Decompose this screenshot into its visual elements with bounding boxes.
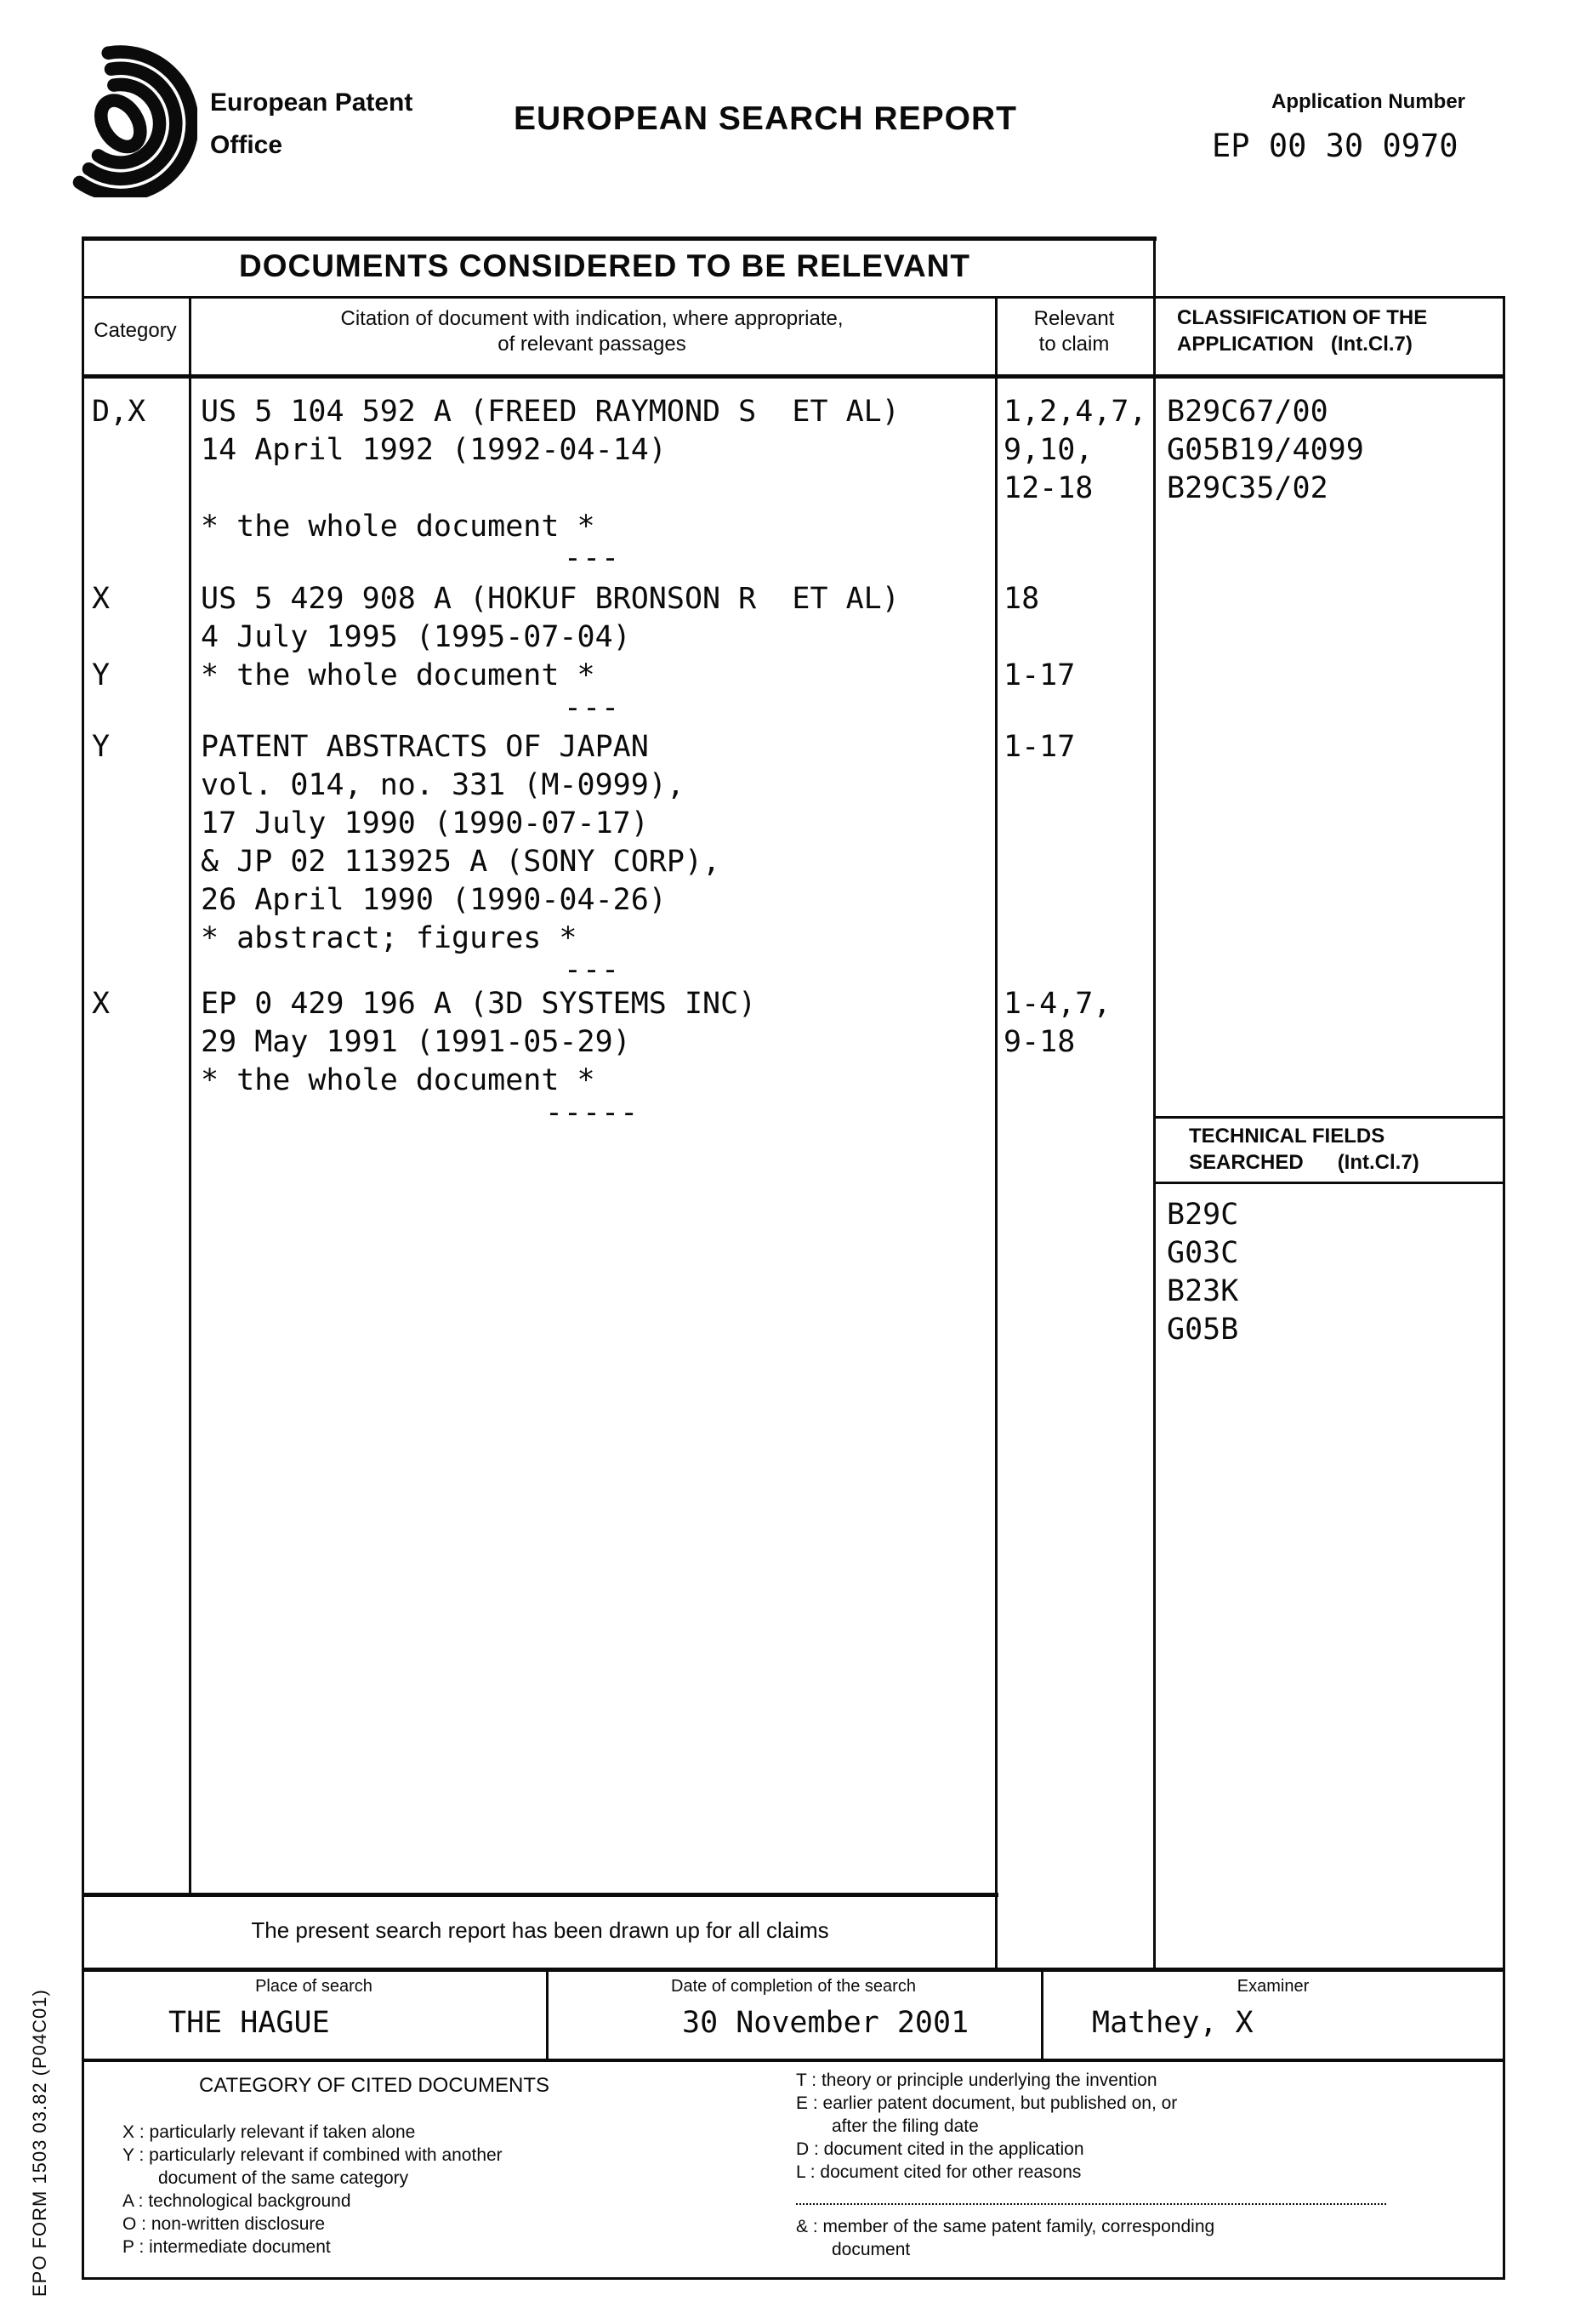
citation-category (82, 1062, 189, 1100)
citation-category (82, 431, 189, 470)
technical-field-code: G03C (1167, 1234, 1238, 1273)
citation-text: 26 April 1990 (1990-04-26) (189, 881, 995, 920)
classification-code: B29C67/00 (1167, 393, 1364, 431)
technical-fields-label-line1: TECHNICAL FIELDS (1189, 1123, 1419, 1149)
classification-code: B29C35/02 (1167, 470, 1364, 508)
citation-line: XEP 0 429 196 A (3D SYSTEMS INC)1-4,7, (82, 985, 1157, 1023)
search-report-page: European Patent Office EUROPEAN SEARCH R… (0, 0, 1592, 2324)
legend-line: & : member of the same patent family, co… (796, 2215, 1214, 2238)
form-id: EPO FORM 1503 03.82 (P04C01) (29, 1922, 51, 2297)
legend-line: after the filing date (796, 2115, 1177, 2138)
classification-code: G05B19/4099 (1167, 431, 1364, 470)
citation-line: 29 May 1991 (1991-05-29)9-18 (82, 1023, 1157, 1062)
legend-line: P : intermediate document (122, 2236, 503, 2258)
citation-category (82, 766, 189, 805)
citation-line: 14 April 1992 (1992-04-14)9,10, (82, 431, 1157, 470)
citation-text: * the whole document * (189, 1062, 995, 1100)
date-of-completion-value: 30 November 2001 (682, 2006, 969, 2040)
legend-line: O : non-written disclosure (122, 2213, 503, 2236)
technical-fields-codes: B29CG03CB23KG05B (1167, 1196, 1238, 1349)
citation-category: Y (82, 657, 189, 695)
entry-separator: --- (189, 953, 995, 987)
citation-category: X (82, 985, 189, 1023)
relevant-claims: 1-4,7, (995, 985, 1157, 1023)
citation-category: X (82, 580, 189, 618)
legend-right-column: T : theory or principle underlying the i… (796, 2069, 1177, 2184)
citation-text: * the whole document * (189, 657, 995, 695)
relevant-claims (995, 508, 1157, 546)
technical-field-code: B29C (1167, 1196, 1238, 1234)
citation-text: PATENT ABSTRACTS OF JAPAN (189, 728, 995, 766)
relevant-claims (995, 766, 1157, 805)
relevant-claims: 1,2,4,7, (995, 393, 1157, 431)
citation-category (82, 805, 189, 843)
citation-line: 26 April 1990 (1990-04-26) (82, 881, 1157, 920)
technical-field-code: G05B (1167, 1311, 1238, 1349)
citation-text (189, 470, 995, 508)
place-of-search-value: THE HAGUE (168, 2006, 330, 2040)
legend-line: Y : particularly relevant if combined wi… (122, 2144, 503, 2167)
citation-category (82, 1023, 189, 1062)
citation-line: 12-18 (82, 470, 1157, 508)
legend-line: document (796, 2238, 1214, 2261)
relevant-claims (995, 920, 1157, 958)
entry-separator: --- (189, 691, 995, 725)
citation-text: vol. 014, no. 331 (M-0999), (189, 766, 995, 805)
drawnup-statement: The present search report has been drawn… (82, 1917, 998, 1944)
citation-line: YPATENT ABSTRACTS OF JAPAN1-17 (82, 728, 1157, 766)
citation-line: Y* the whole document *1-17 (82, 657, 1157, 695)
relevant-claims: 1-17 (995, 728, 1157, 766)
legend-dotted-divider (796, 2203, 1386, 2205)
citation-line: D,XUS 5 104 592 A (FREED RAYMOND S ET AL… (82, 393, 1157, 431)
relevant-claims: 12-18 (995, 470, 1157, 508)
legend-left-column: X : particularly relevant if taken alone… (122, 2121, 503, 2258)
place-of-search-label: Place of search (82, 1977, 546, 1996)
legend-line: L : document cited for other reasons (796, 2161, 1177, 2184)
legend-line: X : particularly relevant if taken alone (122, 2121, 503, 2144)
citation-category (82, 618, 189, 657)
citation-text: EP 0 429 196 A (3D SYSTEMS INC) (189, 985, 995, 1023)
date-of-completion-label: Date of completion of the search (546, 1977, 1041, 1996)
technical-fields-label-line2: SEARCHED (Int.Cl.7) (1189, 1149, 1419, 1176)
citation-text: 14 April 1992 (1992-04-14) (189, 431, 995, 470)
citation-category (82, 881, 189, 920)
citation-category: D,X (82, 393, 189, 431)
citation-category (82, 920, 189, 958)
citation-text: 17 July 1990 (1990-07-17) (189, 805, 995, 843)
legend-line: document of the same category (122, 2167, 503, 2190)
citation-category (82, 470, 189, 508)
citation-text: & JP 02 113925 A (SONY CORP), (189, 843, 995, 881)
citation-text: 29 May 1991 (1991-05-29) (189, 1023, 995, 1062)
citation-text: US 5 104 592 A (FREED RAYMOND S ET AL) (189, 393, 995, 431)
legend-family-note: & : member of the same patent family, co… (796, 2215, 1214, 2261)
relevant-claims (995, 881, 1157, 920)
citation-line: XUS 5 429 908 A (HOKUF BRONSON R ET AL)1… (82, 580, 1157, 618)
entry-separator: ----- (189, 1096, 995, 1130)
citation-line: vol. 014, no. 331 (M-0999), (82, 766, 1157, 805)
citation-category (82, 843, 189, 881)
legend-line: D : document cited in the application (796, 2138, 1177, 2161)
relevant-claims (995, 805, 1157, 843)
relevant-claims: 18 (995, 580, 1157, 618)
citation-category: Y (82, 728, 189, 766)
relevant-claims: 1-17 (995, 657, 1157, 695)
citation-line: 17 July 1990 (1990-07-17) (82, 805, 1157, 843)
examiner-label: Examiner (1041, 1977, 1505, 1996)
relevant-claims (995, 843, 1157, 881)
relevant-claims (995, 618, 1157, 657)
entry-separator: --- (189, 541, 995, 575)
citation-line: & JP 02 113925 A (SONY CORP), (82, 843, 1157, 881)
relevant-claims (995, 1062, 1157, 1100)
legend-line: T : theory or principle underlying the i… (796, 2069, 1177, 2092)
citation-line: * the whole document * (82, 1062, 1157, 1100)
citation-text: 4 July 1995 (1995-07-04) (189, 618, 995, 657)
legend-title: CATEGORY OF CITED DOCUMENTS (136, 2074, 612, 2098)
technical-field-code: B23K (1167, 1273, 1238, 1311)
legend-line: E : earlier patent document, but publish… (796, 2092, 1177, 2115)
relevant-claims: 9,10, (995, 431, 1157, 470)
citation-line: 4 July 1995 (1995-07-04) (82, 618, 1157, 657)
legend-line: A : technological background (122, 2190, 503, 2213)
relevant-claims: 9-18 (995, 1023, 1157, 1062)
examiner-value: Mathey, X (1092, 2006, 1254, 2040)
classification-codes: B29C67/00G05B19/4099B29C35/02 (1167, 393, 1364, 508)
citation-text: US 5 429 908 A (HOKUF BRONSON R ET AL) (189, 580, 995, 618)
citation-category (82, 508, 189, 546)
